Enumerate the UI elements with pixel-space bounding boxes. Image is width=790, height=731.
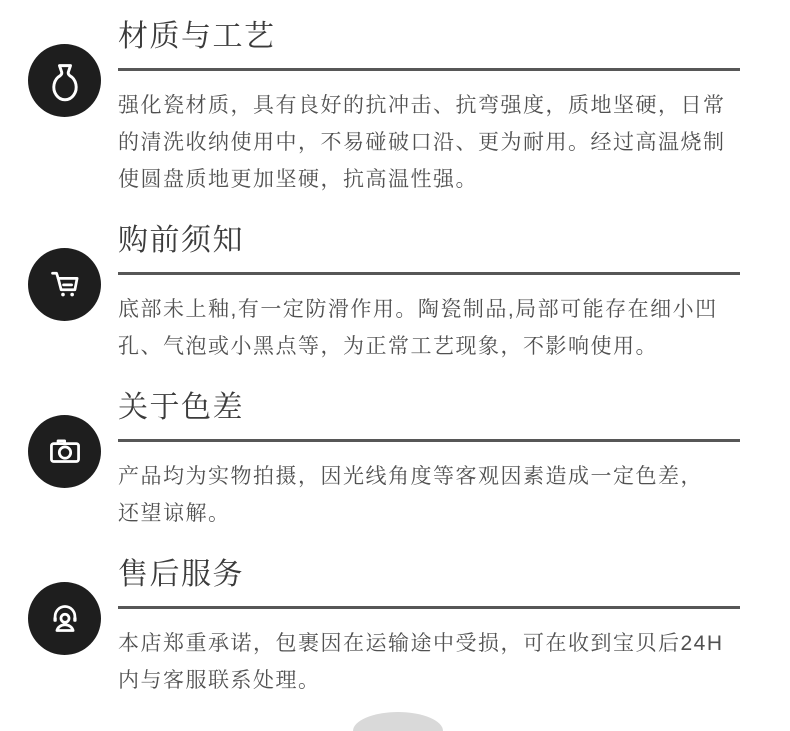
title-divider xyxy=(118,439,740,442)
vase-icon xyxy=(28,44,101,117)
section-title: 购前须知 xyxy=(118,222,740,260)
section-content: 购前须知 底部未上釉,有一定防滑作用。陶瓷制品,局部可能存在细小凹 孔、气泡或小… xyxy=(118,222,740,365)
body-line: 底部未上釉,有一定防滑作用。陶瓷制品,局部可能存在细小凹 xyxy=(118,291,740,328)
section-after-sales: 售后服务 本店郑重承诺，包裹因在运输途中受损，可在收到宝贝后24H 内与客服联系… xyxy=(28,556,742,699)
body-line: 孔、气泡或小黑点等，为正常工艺现象，不影响使用。 xyxy=(118,328,740,365)
section-content: 关于色差 产品均为实物拍摄，因光线角度等客观因素造成一定色差， 还望谅解。 xyxy=(118,389,740,532)
section-body: 底部未上釉,有一定防滑作用。陶瓷制品,局部可能存在细小凹 孔、气泡或小黑点等，为… xyxy=(118,291,740,365)
body-line: 本店郑重承诺，包裹因在运输途中受损，可在收到宝贝后24H xyxy=(118,625,740,662)
title-divider xyxy=(118,272,740,275)
body-line: 内与客服联系处理。 xyxy=(118,662,740,699)
next-section-plate-arc xyxy=(353,712,443,731)
body-line: 还望谅解。 xyxy=(118,495,740,532)
section-prepurchase-notice: 购前须知 底部未上釉,有一定防滑作用。陶瓷制品,局部可能存在细小凹 孔、气泡或小… xyxy=(28,222,742,365)
customer-service-headset-icon xyxy=(28,582,101,655)
section-title: 材质与工艺 xyxy=(118,18,740,56)
body-line: 强化瓷材质，具有良好的抗冲击、抗弯强度，质地坚硬，日常 xyxy=(118,87,740,124)
section-title: 售后服务 xyxy=(118,556,740,594)
section-material-craft: 材质与工艺 强化瓷材质，具有良好的抗冲击、抗弯强度，质地坚硬，日常 的清洗收纳使… xyxy=(28,18,742,198)
title-divider xyxy=(118,606,740,609)
section-color-difference: 关于色差 产品均为实物拍摄，因光线角度等客观因素造成一定色差， 还望谅解。 xyxy=(28,389,742,532)
section-body: 强化瓷材质，具有良好的抗冲击、抗弯强度，质地坚硬，日常 的清洗收纳使用中，不易碰… xyxy=(118,87,740,198)
section-body: 本店郑重承诺，包裹因在运输途中受损，可在收到宝贝后24H 内与客服联系处理。 xyxy=(118,625,740,699)
section-content: 材质与工艺 强化瓷材质，具有良好的抗冲击、抗弯强度，质地坚硬，日常 的清洗收纳使… xyxy=(118,18,740,198)
shopping-cart-icon xyxy=(28,248,101,321)
section-title: 关于色差 xyxy=(118,389,740,427)
body-line: 产品均为实物拍摄，因光线角度等客观因素造成一定色差， xyxy=(118,458,740,495)
section-content: 售后服务 本店郑重承诺，包裹因在运输途中受损，可在收到宝贝后24H 内与客服联系… xyxy=(118,556,740,699)
info-sections: 材质与工艺 强化瓷材质，具有良好的抗冲击、抗弯强度，质地坚硬，日常 的清洗收纳使… xyxy=(0,0,790,699)
section-body: 产品均为实物拍摄，因光线角度等客观因素造成一定色差， 还望谅解。 xyxy=(118,458,740,532)
product-detail-info-page: 材质与工艺 强化瓷材质，具有良好的抗冲击、抗弯强度，质地坚硬，日常 的清洗收纳使… xyxy=(0,0,790,731)
body-line: 使圆盘质地更加坚硬，抗高温性强。 xyxy=(118,161,740,198)
body-line: 的清洗收纳使用中，不易碰破口沿、更为耐用。经过高温烧制 xyxy=(118,124,740,161)
camera-icon xyxy=(28,415,101,488)
title-divider xyxy=(118,68,740,71)
